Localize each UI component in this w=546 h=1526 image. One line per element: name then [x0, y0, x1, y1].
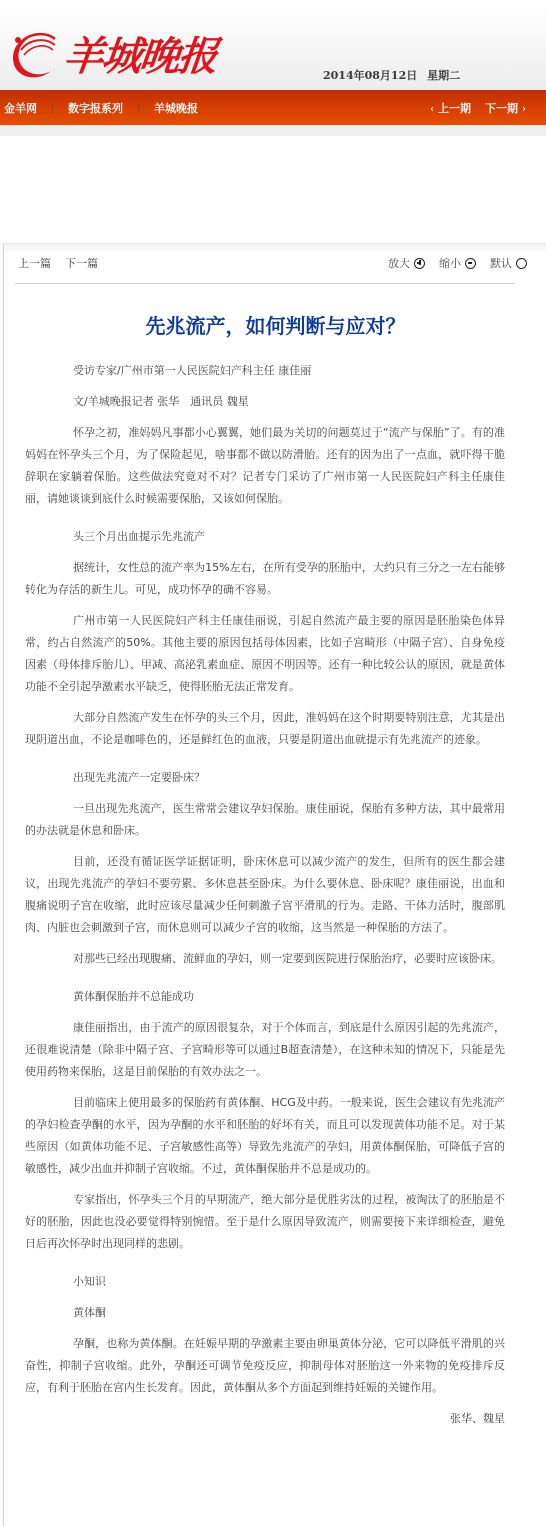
article-title: 先兆流产，如何判断与应对？: [4, 310, 546, 339]
nav-link-ycwb[interactable]: 羊城晚报: [154, 100, 198, 116]
nav-link-jinyang[interactable]: 金羊网: [4, 100, 37, 116]
paragraph: 怀孕之初，准妈妈凡事都小心翼翼，她们最为关切的问题莫过于“流产与保胎”了。有的准…: [25, 422, 505, 510]
issue-date: 2014年08月12日 星期二: [323, 67, 466, 83]
section-heading: 黄体酮保胎并不总能成功: [25, 986, 505, 1008]
section-heading: 头三个月出血提示先兆流产: [25, 526, 505, 548]
next-issue-link[interactable]: 下一期›: [485, 100, 530, 116]
divider-strip: [0, 125, 546, 136]
paragraph: 孕酮，也称为黄体酮。在妊娠早期的孕激素主要由卵巢黄体分泌，它可以降低平滑肌的兴奋…: [25, 1333, 505, 1399]
site-logo[interactable]: 羊城晚报: [5, 18, 220, 88]
chevron-left-icon: ‹: [430, 104, 434, 115]
prev-article-link[interactable]: 上一篇: [18, 255, 51, 271]
prev-issue-label: 上一期: [438, 102, 471, 115]
zoom-out-label: 缩小: [439, 255, 461, 271]
nav-separator: [52, 102, 53, 114]
zoom-default-label: 默认: [490, 255, 512, 271]
zoom-in-label: 放大: [388, 255, 410, 271]
paragraph: 康佳丽指出，由于流产的原因很复杂，对于个体而言，到底是什么原因引起的先兆流产，还…: [25, 1017, 505, 1083]
paragraph: 专家指出，怀孕头三个月的早期流产，绝大部分是优胜劣汰的过程，被淘汰了的胚胎是不好…: [25, 1189, 505, 1255]
toolbar-divider: [15, 283, 515, 284]
zoom-default-button[interactable]: 默认: [490, 255, 527, 271]
zoom-out-button[interactable]: 缩小: [439, 255, 476, 271]
prev-issue-link[interactable]: ‹上一期: [426, 100, 471, 116]
paragraph: 目前，还没有循证医学证据证明，卧床休息可以减少流产的发生，但所有的医生都会建议，…: [25, 851, 505, 939]
date-text: 2014年08月12日: [323, 69, 417, 82]
paragraph: 大部分自然流产发生在怀孕的头三个月，因此，准妈妈在这个时期要特别注意，尤其是出现…: [25, 707, 505, 751]
circle-icon: [516, 258, 527, 269]
nav-link-digital-papers[interactable]: 数字报系列: [68, 100, 123, 116]
article-expert: 受访专家/广州市第一人民医院妇产科主任 康佳丽: [25, 360, 505, 382]
site-header: 羊城晚报 2014年08月12日 星期二: [0, 0, 546, 90]
main-navbar: 金羊网 数字报系列 羊城晚报 ‹上一期 下一期›: [0, 90, 546, 125]
paragraph: 一旦出现先兆流产，医生常常会建议孕妇保胎。康佳丽说，保胎有多种方法，其中最常用的…: [25, 798, 505, 842]
blank-banner-area: [0, 136, 546, 243]
logo-text: 羊城晚报: [61, 25, 219, 82]
zoom-in-button[interactable]: 放大: [388, 255, 425, 271]
font-size-controls: 放大 缩小 默认: [388, 250, 527, 276]
paragraph: 据统计，女性总的流产率为15%左右，在所有受孕的胚胎中，大约只有三分之一左右能够…: [25, 557, 505, 601]
paragraph: 广州市第一人民医院妇产科主任康佳丽说，引起自然流产最主要的原因是胚胎染色体异常，…: [25, 610, 505, 698]
article-byline: 文/羊城晚报记者 张华 通讯员 魏星: [25, 391, 505, 413]
next-issue-label: 下一期: [485, 102, 518, 115]
article-panel: 上一篇 下一篇 放大 缩小 默认 先兆流产，如何判断与应对？ 受访专家/广州市第…: [3, 243, 546, 1526]
sub-heading: 黄体酮: [25, 1302, 505, 1324]
article-signature: 张华、魏星: [25, 1408, 505, 1430]
paragraph: 目前临床上使用最多的保胎药有黄体酮、HCG及中药。一般来说，医生会建议有先兆流产…: [25, 1092, 505, 1180]
logo-swirl-icon: [5, 23, 60, 83]
article-toolbar: 上一篇 下一篇 放大 缩小 默认: [18, 250, 527, 276]
next-article-link[interactable]: 下一篇: [65, 255, 98, 271]
section-heading: 出现先兆流产一定要卧床？: [25, 767, 505, 789]
section-heading: 小知识: [25, 1271, 505, 1293]
chevron-right-icon: ›: [522, 104, 526, 115]
article-body: 受访专家/广州市第一人民医院妇产科主任 康佳丽 文/羊城晚报记者 张华 通讯员 …: [25, 360, 505, 1439]
minus-circle-icon: [465, 258, 476, 269]
plus-circle-icon: [414, 258, 425, 269]
weekday-text: 星期二: [427, 69, 460, 82]
paragraph: 对那些已经出现腹痛、流鲜血的孕妇，则一定要到医院进行保胎治疗，必要时应该卧床。: [25, 948, 505, 970]
nav-separator: [138, 102, 139, 114]
